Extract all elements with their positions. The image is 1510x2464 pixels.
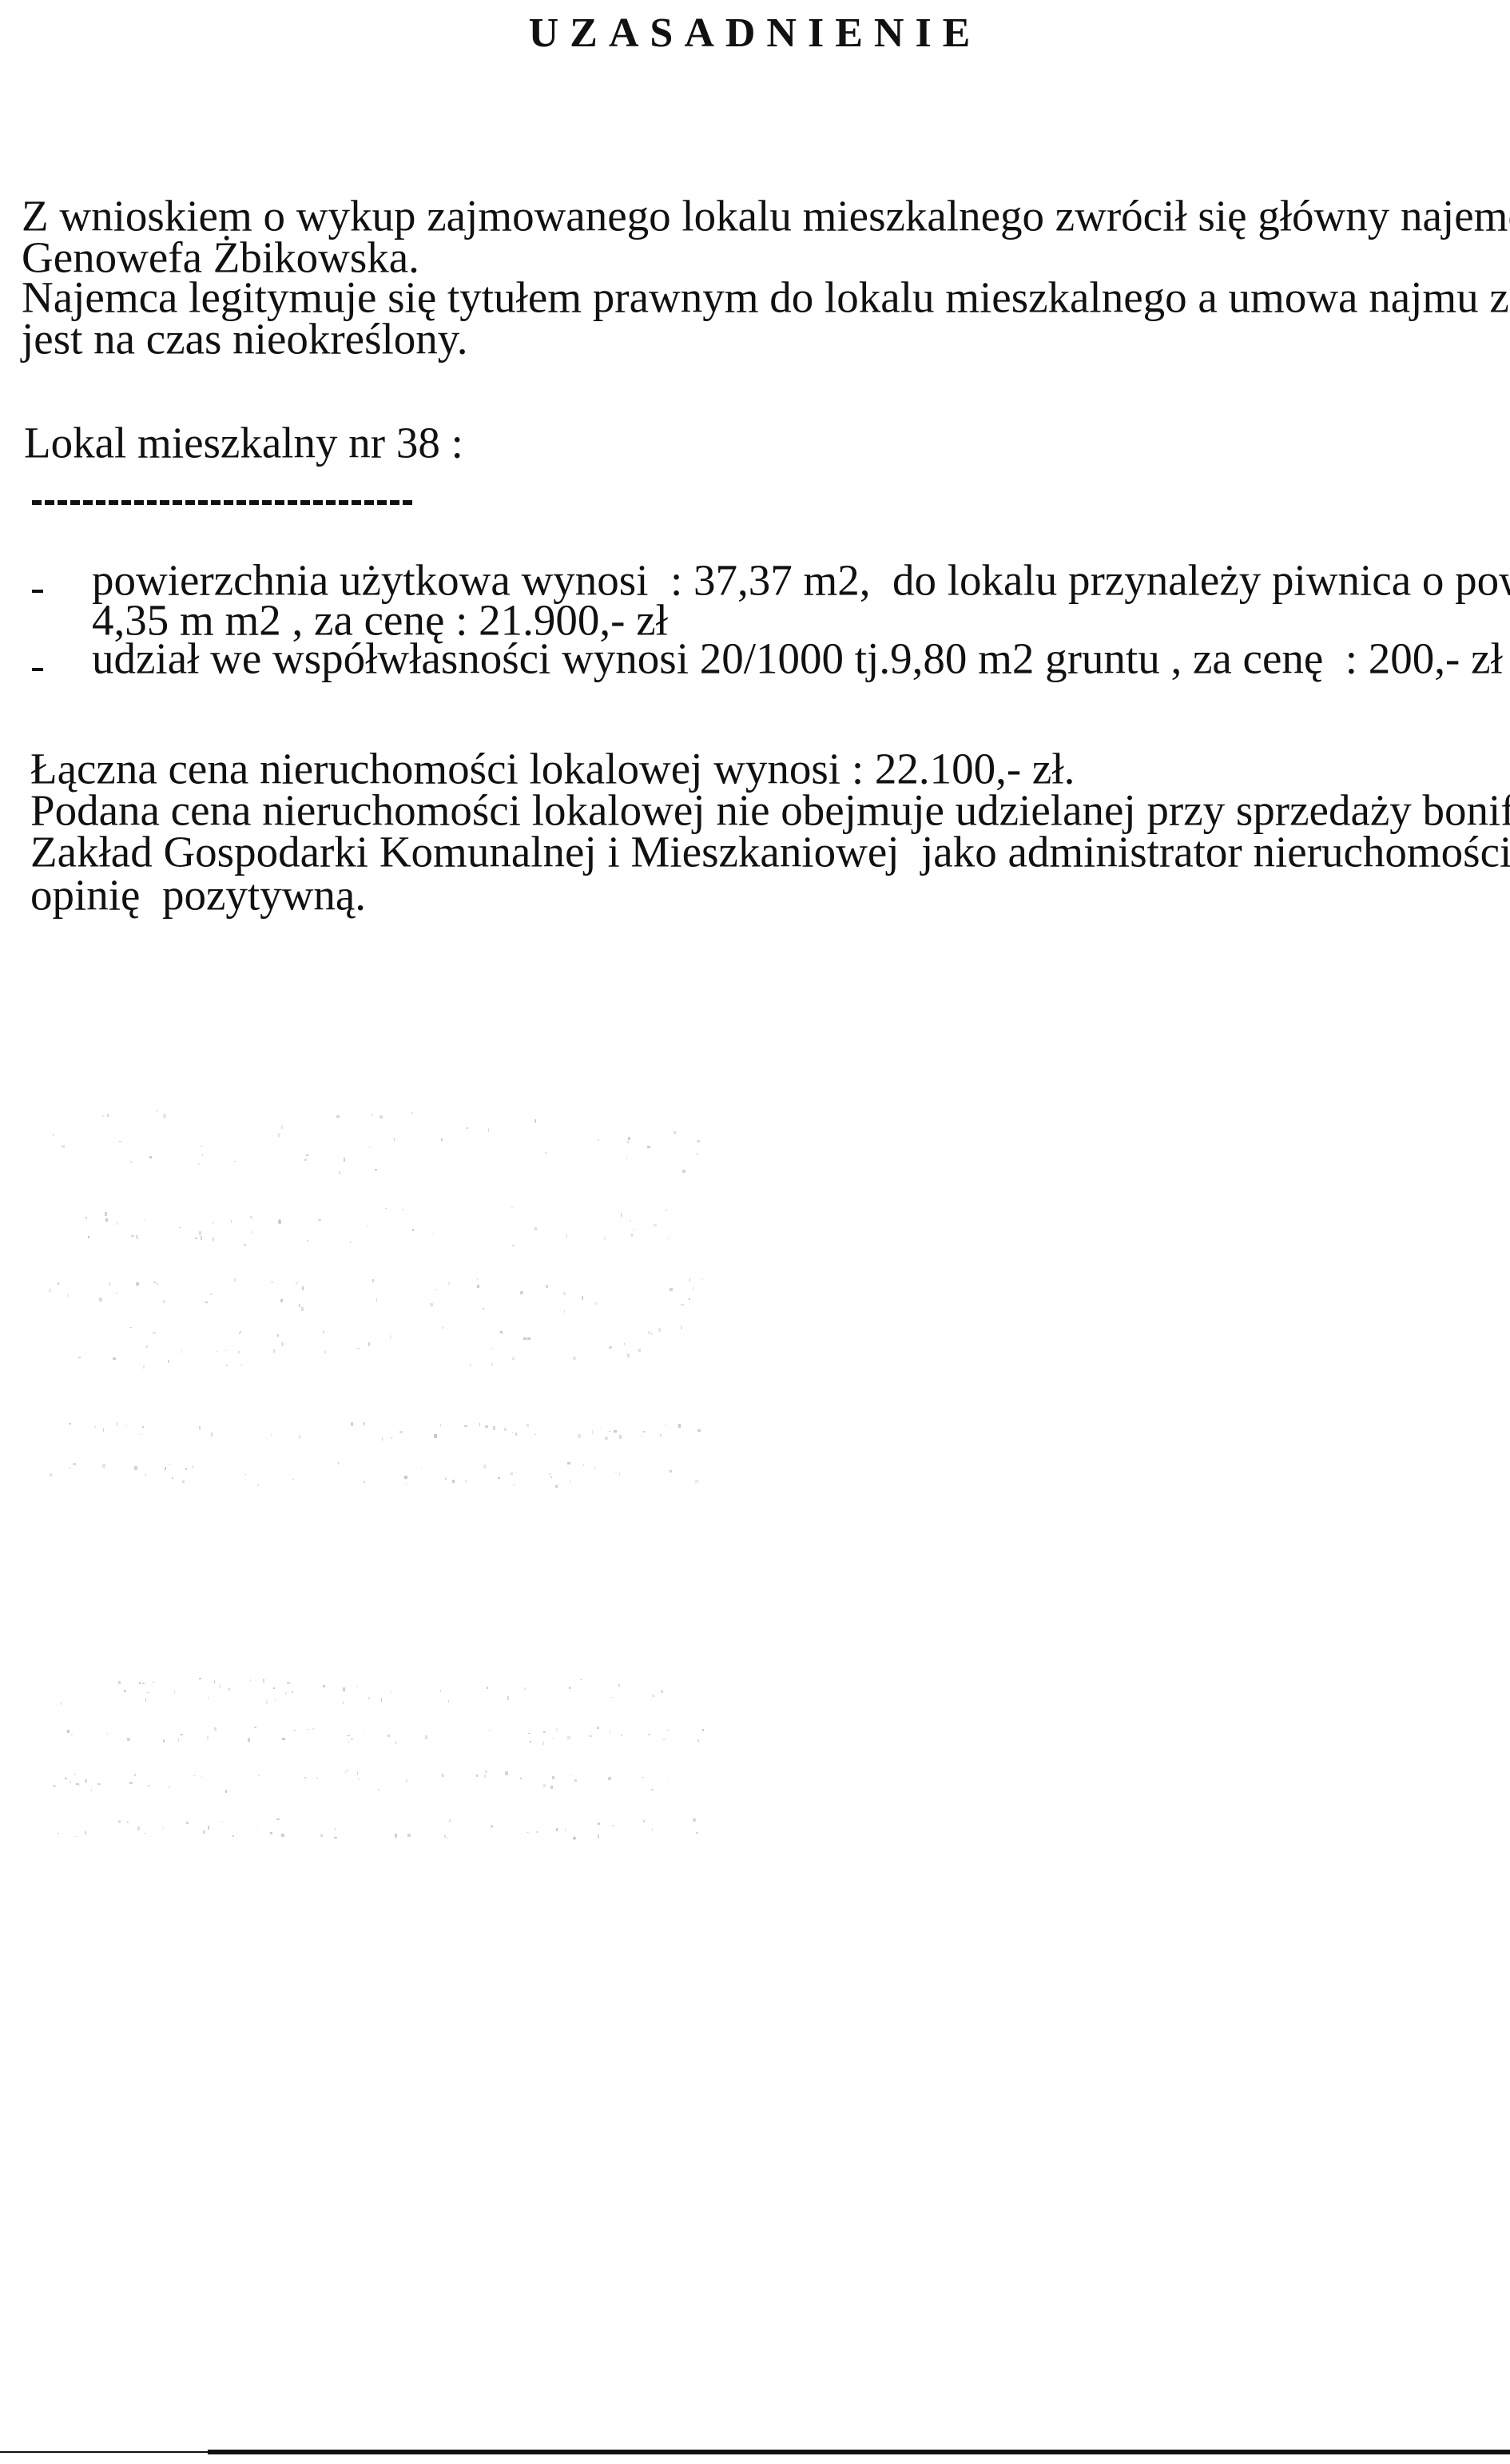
speck <box>702 1279 703 1281</box>
speck <box>552 1776 554 1779</box>
speck <box>216 1351 217 1352</box>
speck <box>611 1697 612 1698</box>
speck <box>278 1220 281 1223</box>
speck <box>395 1834 397 1838</box>
speck <box>375 1169 377 1171</box>
speck <box>134 1774 136 1776</box>
speck <box>351 1422 354 1426</box>
speck <box>598 1834 599 1838</box>
speck <box>404 1476 407 1479</box>
speck <box>580 1679 582 1680</box>
speck <box>621 1735 623 1735</box>
speck <box>648 1734 650 1735</box>
speck <box>348 1741 349 1743</box>
speck <box>85 1831 85 1834</box>
unit-heading: Lokal mieszkalny nr 38 : <box>24 421 463 465</box>
speck <box>202 1154 203 1156</box>
speck <box>250 1216 252 1218</box>
speck <box>124 1690 126 1692</box>
speck <box>75 1836 78 1838</box>
speck <box>435 1290 437 1290</box>
speck <box>681 1326 682 1329</box>
speck <box>465 1480 467 1483</box>
speck <box>425 1735 428 1739</box>
speck <box>70 1781 71 1783</box>
speck <box>556 1728 558 1731</box>
speck <box>50 1473 51 1476</box>
speck <box>520 1291 523 1294</box>
speck <box>67 1730 69 1733</box>
speck <box>448 1282 450 1285</box>
speck <box>350 1241 351 1243</box>
speck <box>513 1484 515 1485</box>
speck <box>339 1171 340 1174</box>
speck <box>421 1467 422 1468</box>
speck <box>512 1432 513 1433</box>
speck <box>536 1831 538 1833</box>
speck <box>73 1463 76 1465</box>
speck <box>626 1157 627 1158</box>
speck <box>85 1217 87 1219</box>
speck <box>696 1832 698 1834</box>
speck <box>74 1774 76 1774</box>
speck <box>58 1833 59 1834</box>
speck <box>142 1683 144 1684</box>
speck <box>351 1739 353 1739</box>
speck <box>336 1115 340 1118</box>
intro-line-4: jest na czas nieokreślony. <box>22 317 467 361</box>
speck <box>145 1699 146 1701</box>
speck <box>102 1115 104 1116</box>
speck <box>612 1825 614 1826</box>
speck <box>660 1434 662 1437</box>
speck <box>359 1778 360 1780</box>
speck <box>231 1220 232 1223</box>
speck <box>528 1733 530 1735</box>
speck <box>434 1434 436 1437</box>
speck <box>507 1696 509 1700</box>
speck <box>91 1790 92 1791</box>
speck <box>126 1821 129 1823</box>
speck <box>520 1778 522 1779</box>
speck <box>369 1147 370 1148</box>
speck <box>210 1294 211 1294</box>
speck <box>702 1729 704 1731</box>
speck <box>307 1240 308 1242</box>
speck <box>129 1782 132 1784</box>
speck <box>565 1829 566 1832</box>
speck <box>69 1468 72 1468</box>
speck <box>601 1427 602 1429</box>
speck <box>648 1331 650 1334</box>
speck <box>693 1287 693 1290</box>
speck <box>563 1292 566 1295</box>
speck <box>205 1302 208 1304</box>
speck <box>643 1431 646 1433</box>
speck <box>324 1351 326 1353</box>
speck <box>638 1349 641 1352</box>
speck <box>304 1158 307 1161</box>
speck <box>62 1145 64 1148</box>
speck <box>285 1692 286 1694</box>
speck <box>442 1327 444 1329</box>
speck <box>296 1283 297 1285</box>
speck <box>347 1770 349 1771</box>
speck <box>642 1435 642 1437</box>
speck <box>608 1777 611 1781</box>
speck <box>614 1430 616 1433</box>
speck <box>131 1235 134 1236</box>
speck <box>276 1818 280 1821</box>
speck <box>179 1227 181 1228</box>
speck <box>281 1125 283 1128</box>
speck <box>221 1822 224 1822</box>
speck <box>534 1434 536 1436</box>
speck <box>543 1784 545 1787</box>
speck <box>356 1687 358 1687</box>
speck <box>304 1777 306 1779</box>
speck <box>145 1474 147 1476</box>
speck <box>678 1424 680 1428</box>
speck <box>193 1465 194 1469</box>
speck <box>364 1422 365 1425</box>
speck <box>256 1826 256 1826</box>
speck <box>407 1834 411 1838</box>
speck <box>670 1288 673 1291</box>
speck <box>282 1738 284 1740</box>
speck <box>545 1152 546 1154</box>
speck <box>140 1434 141 1435</box>
speck <box>665 1425 666 1426</box>
speck <box>527 1832 529 1833</box>
speck <box>109 1282 110 1286</box>
speck <box>597 1727 598 1729</box>
speck <box>411 1112 413 1114</box>
speck <box>130 1161 133 1162</box>
speck <box>391 1691 391 1694</box>
speck <box>652 1828 653 1831</box>
speck <box>119 1141 121 1142</box>
speck <box>385 1208 387 1210</box>
speck <box>489 1730 491 1731</box>
intro-line-1: Z wnioskiem o wykup zajmowanego lokalu m… <box>22 194 1510 238</box>
speck <box>103 1429 104 1431</box>
speck <box>470 1364 471 1367</box>
speck <box>610 1731 610 1735</box>
speck <box>357 1772 358 1775</box>
speck <box>232 1835 235 1837</box>
speck <box>364 1481 365 1482</box>
speck <box>208 1826 209 1830</box>
speck <box>643 1820 645 1822</box>
speck <box>162 1828 164 1829</box>
speck <box>225 1790 226 1794</box>
speck <box>368 1697 370 1699</box>
speck <box>220 1684 221 1688</box>
speck <box>240 1365 242 1365</box>
speck <box>567 1462 570 1464</box>
speck <box>477 1285 479 1288</box>
speck <box>652 1695 655 1697</box>
speck <box>299 1435 300 1439</box>
speck <box>201 1236 202 1240</box>
speck <box>500 1331 503 1333</box>
speck <box>391 1437 392 1438</box>
speck <box>491 1348 493 1349</box>
speck <box>357 1348 360 1349</box>
speck <box>203 1830 205 1834</box>
speck <box>320 1834 323 1837</box>
speck <box>153 1332 155 1335</box>
speck <box>148 1785 149 1786</box>
speck <box>137 1826 140 1830</box>
speck <box>631 1234 633 1237</box>
speck <box>199 1678 201 1679</box>
speck <box>530 1741 531 1742</box>
speck <box>542 1742 545 1745</box>
speck <box>338 1462 339 1464</box>
document-title: UZASADNIENIE <box>0 10 1510 57</box>
speck <box>163 1300 165 1303</box>
speck <box>136 1282 139 1286</box>
speck <box>168 1786 170 1788</box>
speck <box>97 1783 101 1785</box>
speck <box>117 1222 118 1225</box>
speck <box>378 1789 379 1790</box>
speck <box>61 1702 62 1705</box>
unit-heading-underline <box>32 500 415 505</box>
speck <box>661 1690 663 1693</box>
speck <box>213 1238 214 1240</box>
speck <box>440 1424 441 1427</box>
speck <box>139 1682 140 1684</box>
speck <box>668 1238 670 1239</box>
speck <box>681 1304 684 1306</box>
speck <box>511 1207 513 1208</box>
speck <box>198 1163 200 1164</box>
speck <box>605 1437 607 1440</box>
speck <box>263 1679 264 1683</box>
speck <box>447 1838 449 1839</box>
speck <box>248 1738 251 1742</box>
speck <box>615 1472 617 1473</box>
speck <box>53 1785 56 1787</box>
speck <box>546 1285 547 1288</box>
speck <box>207 1736 209 1740</box>
speck <box>312 1728 314 1730</box>
speck <box>618 1684 620 1687</box>
speck <box>609 1346 611 1349</box>
speck <box>594 1466 596 1469</box>
speck <box>172 1477 173 1478</box>
speck <box>145 1345 148 1348</box>
speck <box>214 1727 217 1730</box>
speck <box>280 1299 283 1302</box>
speck <box>430 1303 433 1307</box>
speck <box>666 1210 667 1210</box>
speck <box>634 1229 634 1230</box>
speck <box>485 1425 488 1427</box>
speck <box>65 1778 67 1779</box>
speck <box>306 1155 308 1156</box>
speck <box>432 1233 434 1234</box>
speck <box>367 1225 368 1227</box>
speck <box>343 1687 345 1691</box>
speck <box>651 1333 653 1335</box>
speck <box>598 1727 599 1729</box>
speck <box>598 1822 600 1825</box>
speck <box>621 1213 622 1216</box>
speck <box>449 1819 451 1822</box>
speck <box>484 1774 486 1778</box>
speck <box>334 1837 337 1838</box>
speck <box>345 1771 346 1773</box>
speck <box>102 1464 105 1468</box>
speck <box>129 1327 132 1328</box>
speck <box>406 1484 407 1486</box>
speck <box>117 1422 118 1425</box>
speck <box>180 1734 182 1735</box>
speck <box>163 1739 165 1743</box>
speck <box>147 1692 149 1693</box>
speck <box>163 1114 166 1118</box>
speck <box>316 1778 318 1778</box>
speck <box>67 1294 69 1297</box>
speck <box>695 1480 698 1483</box>
speck <box>372 1114 373 1116</box>
speck <box>512 1245 515 1246</box>
speck <box>271 1433 272 1437</box>
summary-line-1: Łączna cena nieruchomości lokalowej wyno… <box>30 747 1075 791</box>
speck <box>270 1832 272 1834</box>
speck <box>195 1238 197 1239</box>
speck <box>491 1825 493 1828</box>
speck <box>604 1237 606 1241</box>
speck <box>245 1474 247 1475</box>
speck <box>483 1308 483 1309</box>
speck <box>293 1730 296 1731</box>
speck <box>258 1775 260 1776</box>
speck <box>697 1429 701 1432</box>
speck <box>619 1435 621 1438</box>
speck <box>440 1690 441 1692</box>
speck <box>534 1119 536 1123</box>
speck <box>667 1730 670 1731</box>
speck <box>379 1115 383 1118</box>
speck <box>318 1219 320 1222</box>
speck <box>69 1423 72 1425</box>
speck <box>476 1774 478 1777</box>
speck <box>113 1357 116 1360</box>
speck <box>387 1735 390 1738</box>
speck <box>381 1698 382 1702</box>
speck <box>667 1782 668 1783</box>
item-1-bullet <box>32 590 43 593</box>
speck <box>178 1739 180 1743</box>
summary-line-4: opinię pozytywną. <box>30 873 366 917</box>
speck <box>550 1786 553 1789</box>
speck <box>697 1140 700 1143</box>
speck <box>118 1681 121 1684</box>
speck <box>557 1484 558 1488</box>
speck <box>273 1349 275 1353</box>
speck <box>445 1478 446 1480</box>
summary-line-3: Zakład Gospodarki Komunalnej i Mieszkani… <box>30 830 1510 874</box>
speck <box>441 1139 443 1141</box>
speck <box>598 1139 599 1141</box>
speck <box>394 1138 395 1142</box>
speck <box>487 1687 489 1689</box>
speck <box>479 1423 480 1425</box>
speck <box>199 1231 202 1235</box>
speck <box>670 1470 672 1472</box>
summary-line-2: Podana cena nieruchomości lokalowej nie … <box>30 789 1510 833</box>
speck <box>464 1425 467 1427</box>
speck <box>505 1771 508 1774</box>
speck <box>301 1307 304 1310</box>
speck <box>281 1342 284 1345</box>
speck <box>335 1828 336 1830</box>
speck <box>323 1685 325 1687</box>
speck <box>50 1289 51 1292</box>
speck <box>244 1244 246 1246</box>
speck <box>153 1282 156 1283</box>
speck <box>534 1227 537 1230</box>
speck <box>99 1298 102 1302</box>
speck <box>168 1464 171 1465</box>
speck <box>477 1278 478 1280</box>
speck <box>118 1820 120 1822</box>
speck <box>642 1777 644 1778</box>
speck <box>412 1229 413 1231</box>
speck <box>78 1357 80 1358</box>
speck <box>266 1700 268 1704</box>
speck <box>368 1342 370 1346</box>
speck <box>273 1687 276 1689</box>
speck <box>226 1365 228 1366</box>
item-2-bullet <box>32 668 43 671</box>
speck <box>609 1431 611 1433</box>
speck <box>53 1134 55 1136</box>
speck <box>682 1170 685 1173</box>
speck <box>511 1472 513 1474</box>
speck <box>689 1298 690 1300</box>
speck <box>308 1729 309 1730</box>
speck <box>697 1739 699 1743</box>
speck <box>628 1137 630 1140</box>
speck <box>134 1466 137 1470</box>
speck <box>491 1363 493 1366</box>
speck <box>624 1343 625 1344</box>
speck <box>583 1464 585 1465</box>
speck <box>627 1141 629 1143</box>
speck <box>88 1236 89 1238</box>
speck <box>199 1426 201 1430</box>
speck <box>567 1736 570 1740</box>
speck <box>619 1472 620 1476</box>
speck <box>105 1218 107 1222</box>
speck <box>136 1235 138 1239</box>
speck <box>144 1833 145 1834</box>
speck <box>566 1234 567 1237</box>
speck <box>193 1775 196 1776</box>
speck <box>488 1128 490 1132</box>
speck <box>182 1480 185 1483</box>
speck <box>299 1304 300 1307</box>
speck <box>323 1331 325 1334</box>
speck <box>552 1738 554 1739</box>
speck <box>452 1480 455 1482</box>
